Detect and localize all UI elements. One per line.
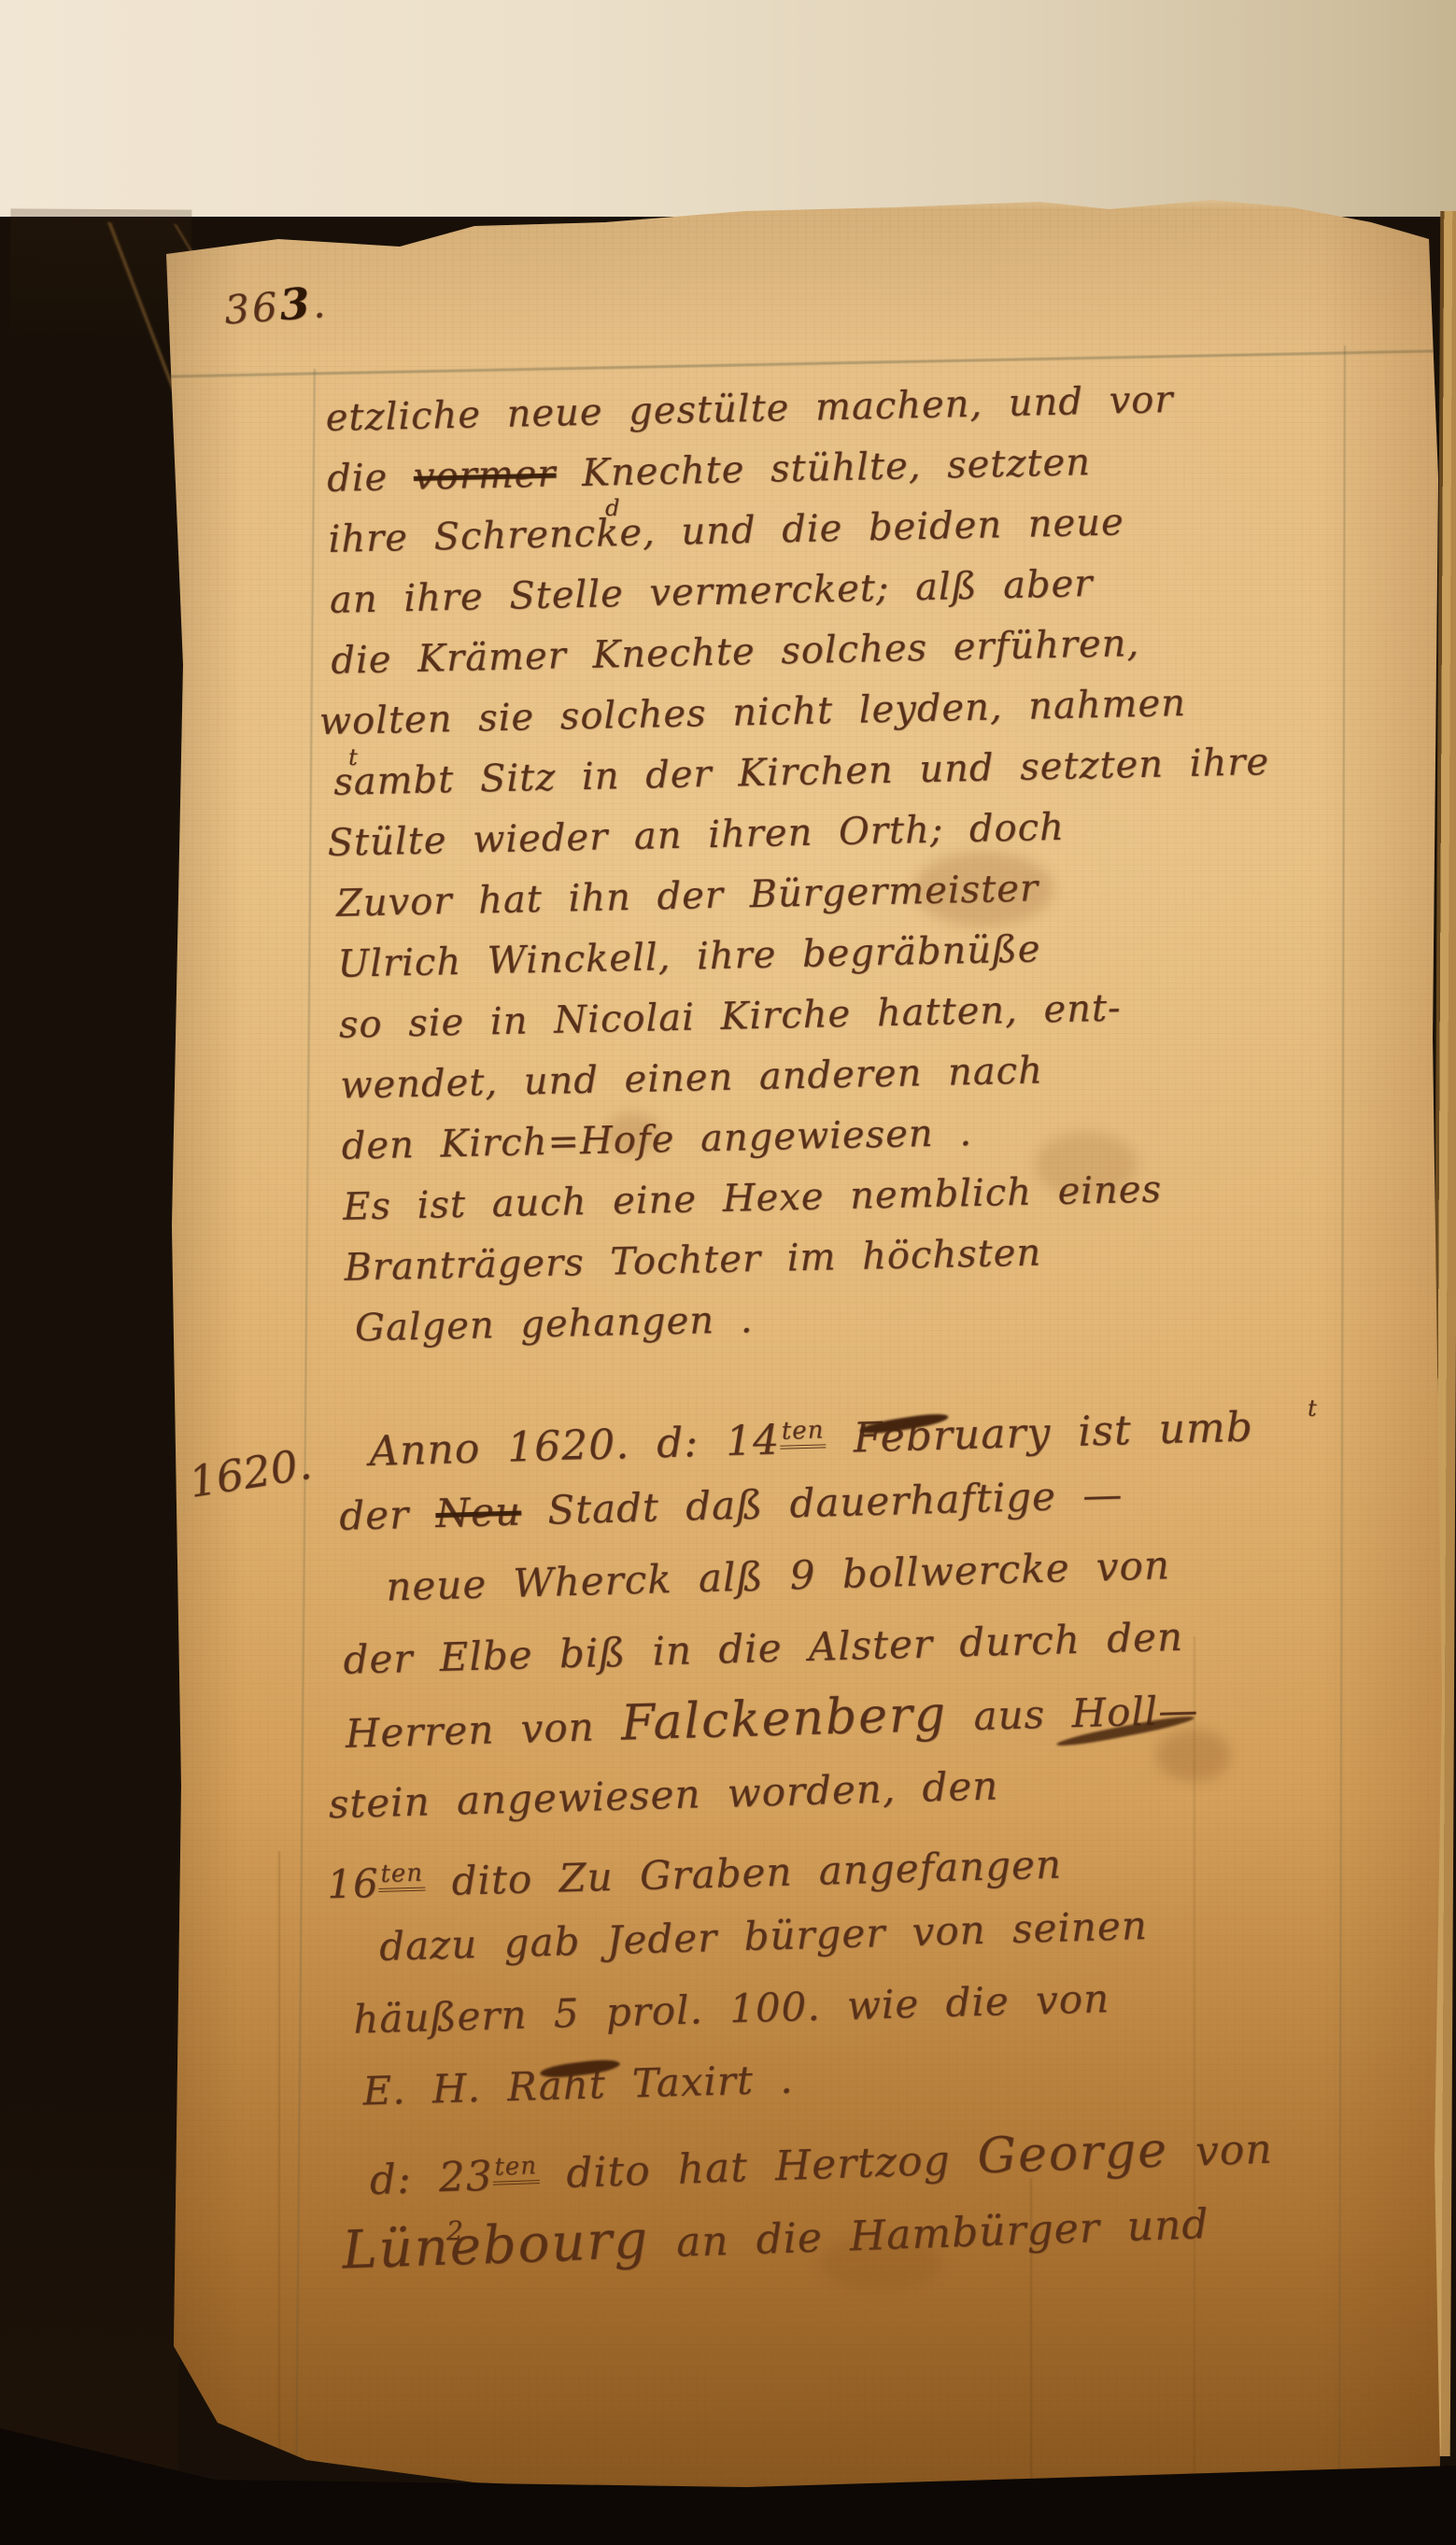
page-stack-shadow (0, 208, 191, 2477)
manuscript-page: 363. etzliche neue gestülte machen, und … (166, 198, 1444, 2494)
table-mat-top (0, 0, 1456, 217)
page-lighting-vignette (166, 198, 1444, 2494)
page-stack-left-edges (0, 208, 191, 2477)
manuscript-photo: 363. etzliche neue gestülte machen, und … (0, 0, 1456, 2545)
